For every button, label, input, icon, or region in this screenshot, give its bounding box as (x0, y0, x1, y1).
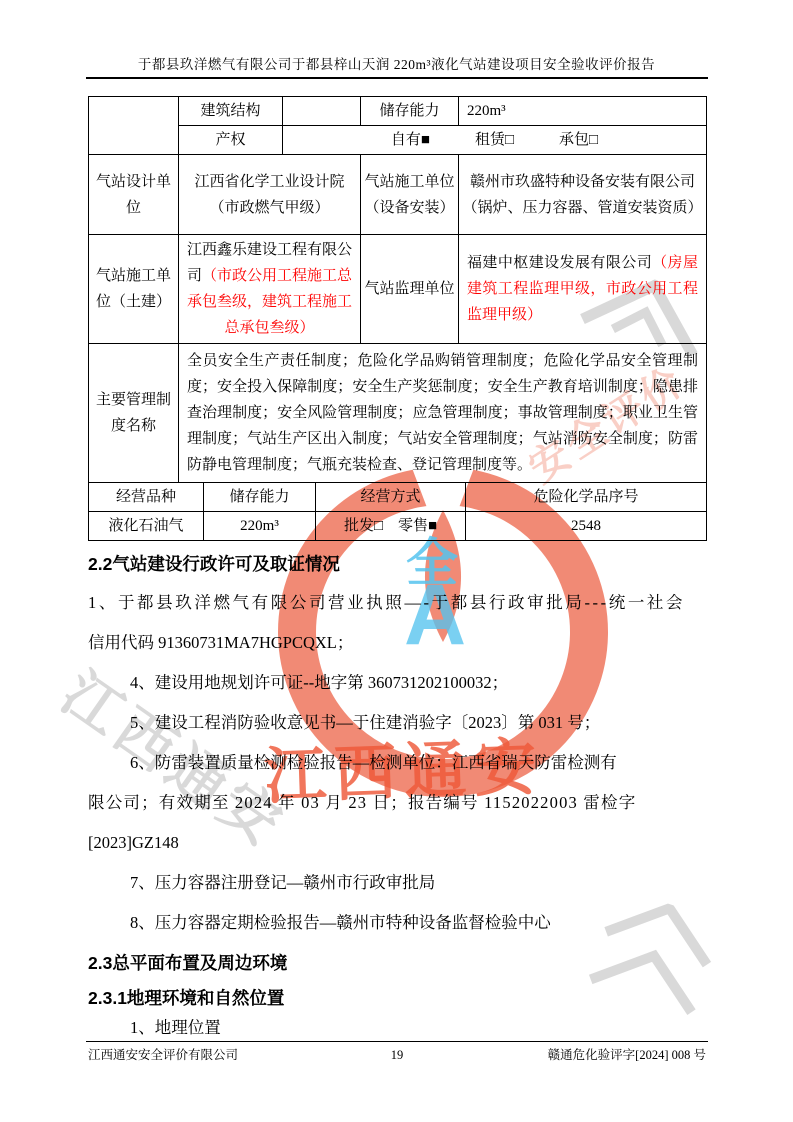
cell-storage-label: 储存能力 (361, 97, 459, 126)
cell-design-unit-label: 气站设计单位 (89, 155, 179, 235)
header-rule (86, 77, 708, 79)
list-item-continuation: 信用代码 91360731MA7HGPCQXL； (88, 631, 706, 655)
main-content: 建筑结构 储存能力 220m³ 产权 自有■ 租赁□ 承包□ 气站设计单位 江西… (88, 96, 706, 1040)
civil-unit-qualification: （市政公用工程施工总承包叁级，建筑工程施工总承包叁级） (187, 268, 352, 336)
header-business-mode: 经营方式 (316, 483, 466, 512)
page-header-title: 于都县玖洋燃气有限公司于都县梓山天润 220m³液化气站建设项目安全验收评价报告 (0, 53, 793, 73)
cell-design-unit-value: 江西省化学工业设计院（市政燃气甲级） (179, 155, 361, 235)
cell-civil-unit-value: 江西鑫乐建设工程有限公司（市政公用工程施工总承包叁级，建筑工程施工总承包叁级） (179, 235, 361, 344)
footer-company: 江西通安安全评价有限公司 (88, 1046, 238, 1064)
cell-mgmt-value: 全员安全生产责任制度；危险化学品购销管理制度；危险化学品安全管理制度；安全投入保… (179, 344, 707, 483)
table-header-row: 经营品种 储存能力 经营方式 危险化学品序号 (89, 483, 707, 512)
cell-supervision-value: 福建中枢建设发展有限公司（房屋建筑工程监理甲级，市政公用工程监理甲级） (459, 235, 707, 344)
cell-equip-unit-label: 气站施工单位（设备安装） (361, 155, 459, 235)
business-table: 经营品种 储存能力 经营方式 危险化学品序号 液化石油气 220m³ 批发□ 零… (88, 483, 707, 541)
table-row: 液化石油气 220m³ 批发□ 零售■ 2548 (89, 512, 707, 541)
list-item: 4、建设用地规划许可证--地字第 360731202100032； (88, 671, 706, 695)
document-page: 安全评价 全 A 江西通安 江西通安 于都县玖洋燃气有限公司于都县梓山天润 22… (0, 0, 793, 1122)
section-2-2-heading: 2.2气站建设行政许可及取证情况 (88, 552, 706, 576)
header-hazchem-number: 危险化学品序号 (466, 483, 707, 512)
list-item: 7、压力容器注册登记—赣州市行政审批局 (88, 871, 706, 895)
footer-rule (86, 1041, 708, 1042)
table-row: 主要管理制度名称 全员安全生产责任制度；危险化学品购销管理制度；危险化学品安全管… (89, 344, 707, 483)
list-item: 5、建设工程消防验收意见书—于住建消验字〔2023〕第 031 号； (88, 711, 706, 735)
section-2-3-1-heading: 2.3.1地理环境和自然位置 (88, 986, 706, 1010)
cell-civil-unit-label: 气站施工单位（土建） (89, 235, 179, 344)
cell-hazchem-number: 2548 (466, 512, 707, 541)
list-item-continuation: [2023]GZ148 (88, 831, 706, 855)
list-item: 1、地理位置 (88, 1016, 706, 1040)
cell-supervision-label: 气站监理单位 (361, 235, 459, 344)
cell-mgmt-label: 主要管理制度名称 (89, 344, 179, 483)
cell-building-structure-value (283, 97, 361, 126)
list-item-continuation: 限公司；有效期至 2024 年 03 月 23 日；报告编号 115202200… (88, 791, 706, 815)
table-row: 气站设计单位 江西省化学工业设计院（市政燃气甲级） 气站施工单位（设备安装） 赣… (89, 155, 707, 235)
table-row: 气站施工单位（土建） 江西鑫乐建设工程有限公司（市政公用工程施工总承包叁级，建筑… (89, 235, 707, 344)
header-business-type: 经营品种 (89, 483, 204, 512)
cell-storage-value: 220m³ (459, 97, 707, 126)
table-row: 建筑结构 储存能力 220m³ (89, 97, 707, 126)
cell-business-mode: 批发□ 零售■ (316, 512, 466, 541)
section-2-3-heading: 2.3总平面布置及周边环境 (88, 951, 706, 975)
supervision-name: 福建中枢建设发展有限公司 (467, 255, 652, 271)
cell-property-options: 自有■ 租赁□ 承包□ (283, 126, 707, 155)
cell-empty-corner (89, 97, 179, 155)
table-row: 产权 自有■ 租赁□ 承包□ (89, 126, 707, 155)
station-info-table: 建筑结构 储存能力 220m³ 产权 自有■ 租赁□ 承包□ 气站设计单位 江西… (88, 96, 707, 483)
cell-property-label: 产权 (179, 126, 283, 155)
list-item: 8、压力容器定期检验报告—赣州市特种设备监督检验中心 (88, 911, 706, 935)
cell-business-type: 液化石油气 (89, 512, 204, 541)
footer-doc-number: 赣通危化验评字[2024] 008 号 (548, 1046, 706, 1064)
cell-equip-unit-value: 赣州市玖盛特种设备安装有限公司（锅炉、压力容器、管道安装资质） (459, 155, 707, 235)
header-storage-capacity: 储存能力 (204, 483, 316, 512)
cell-building-structure-label: 建筑结构 (179, 97, 283, 126)
list-item: 6、防雷装置质量检测检验报告—检测单位：江西省瑞天防雷检测有 (88, 751, 706, 775)
cell-storage-capacity: 220m³ (204, 512, 316, 541)
content-layer: 于都县玖洋燃气有限公司于都县梓山天润 220m³液化气站建设项目安全验收评价报告… (0, 0, 793, 1122)
list-item: 1、于都县玖洋燃气有限公司营业执照—-于都县行政审批局---统一社会 (88, 591, 706, 615)
